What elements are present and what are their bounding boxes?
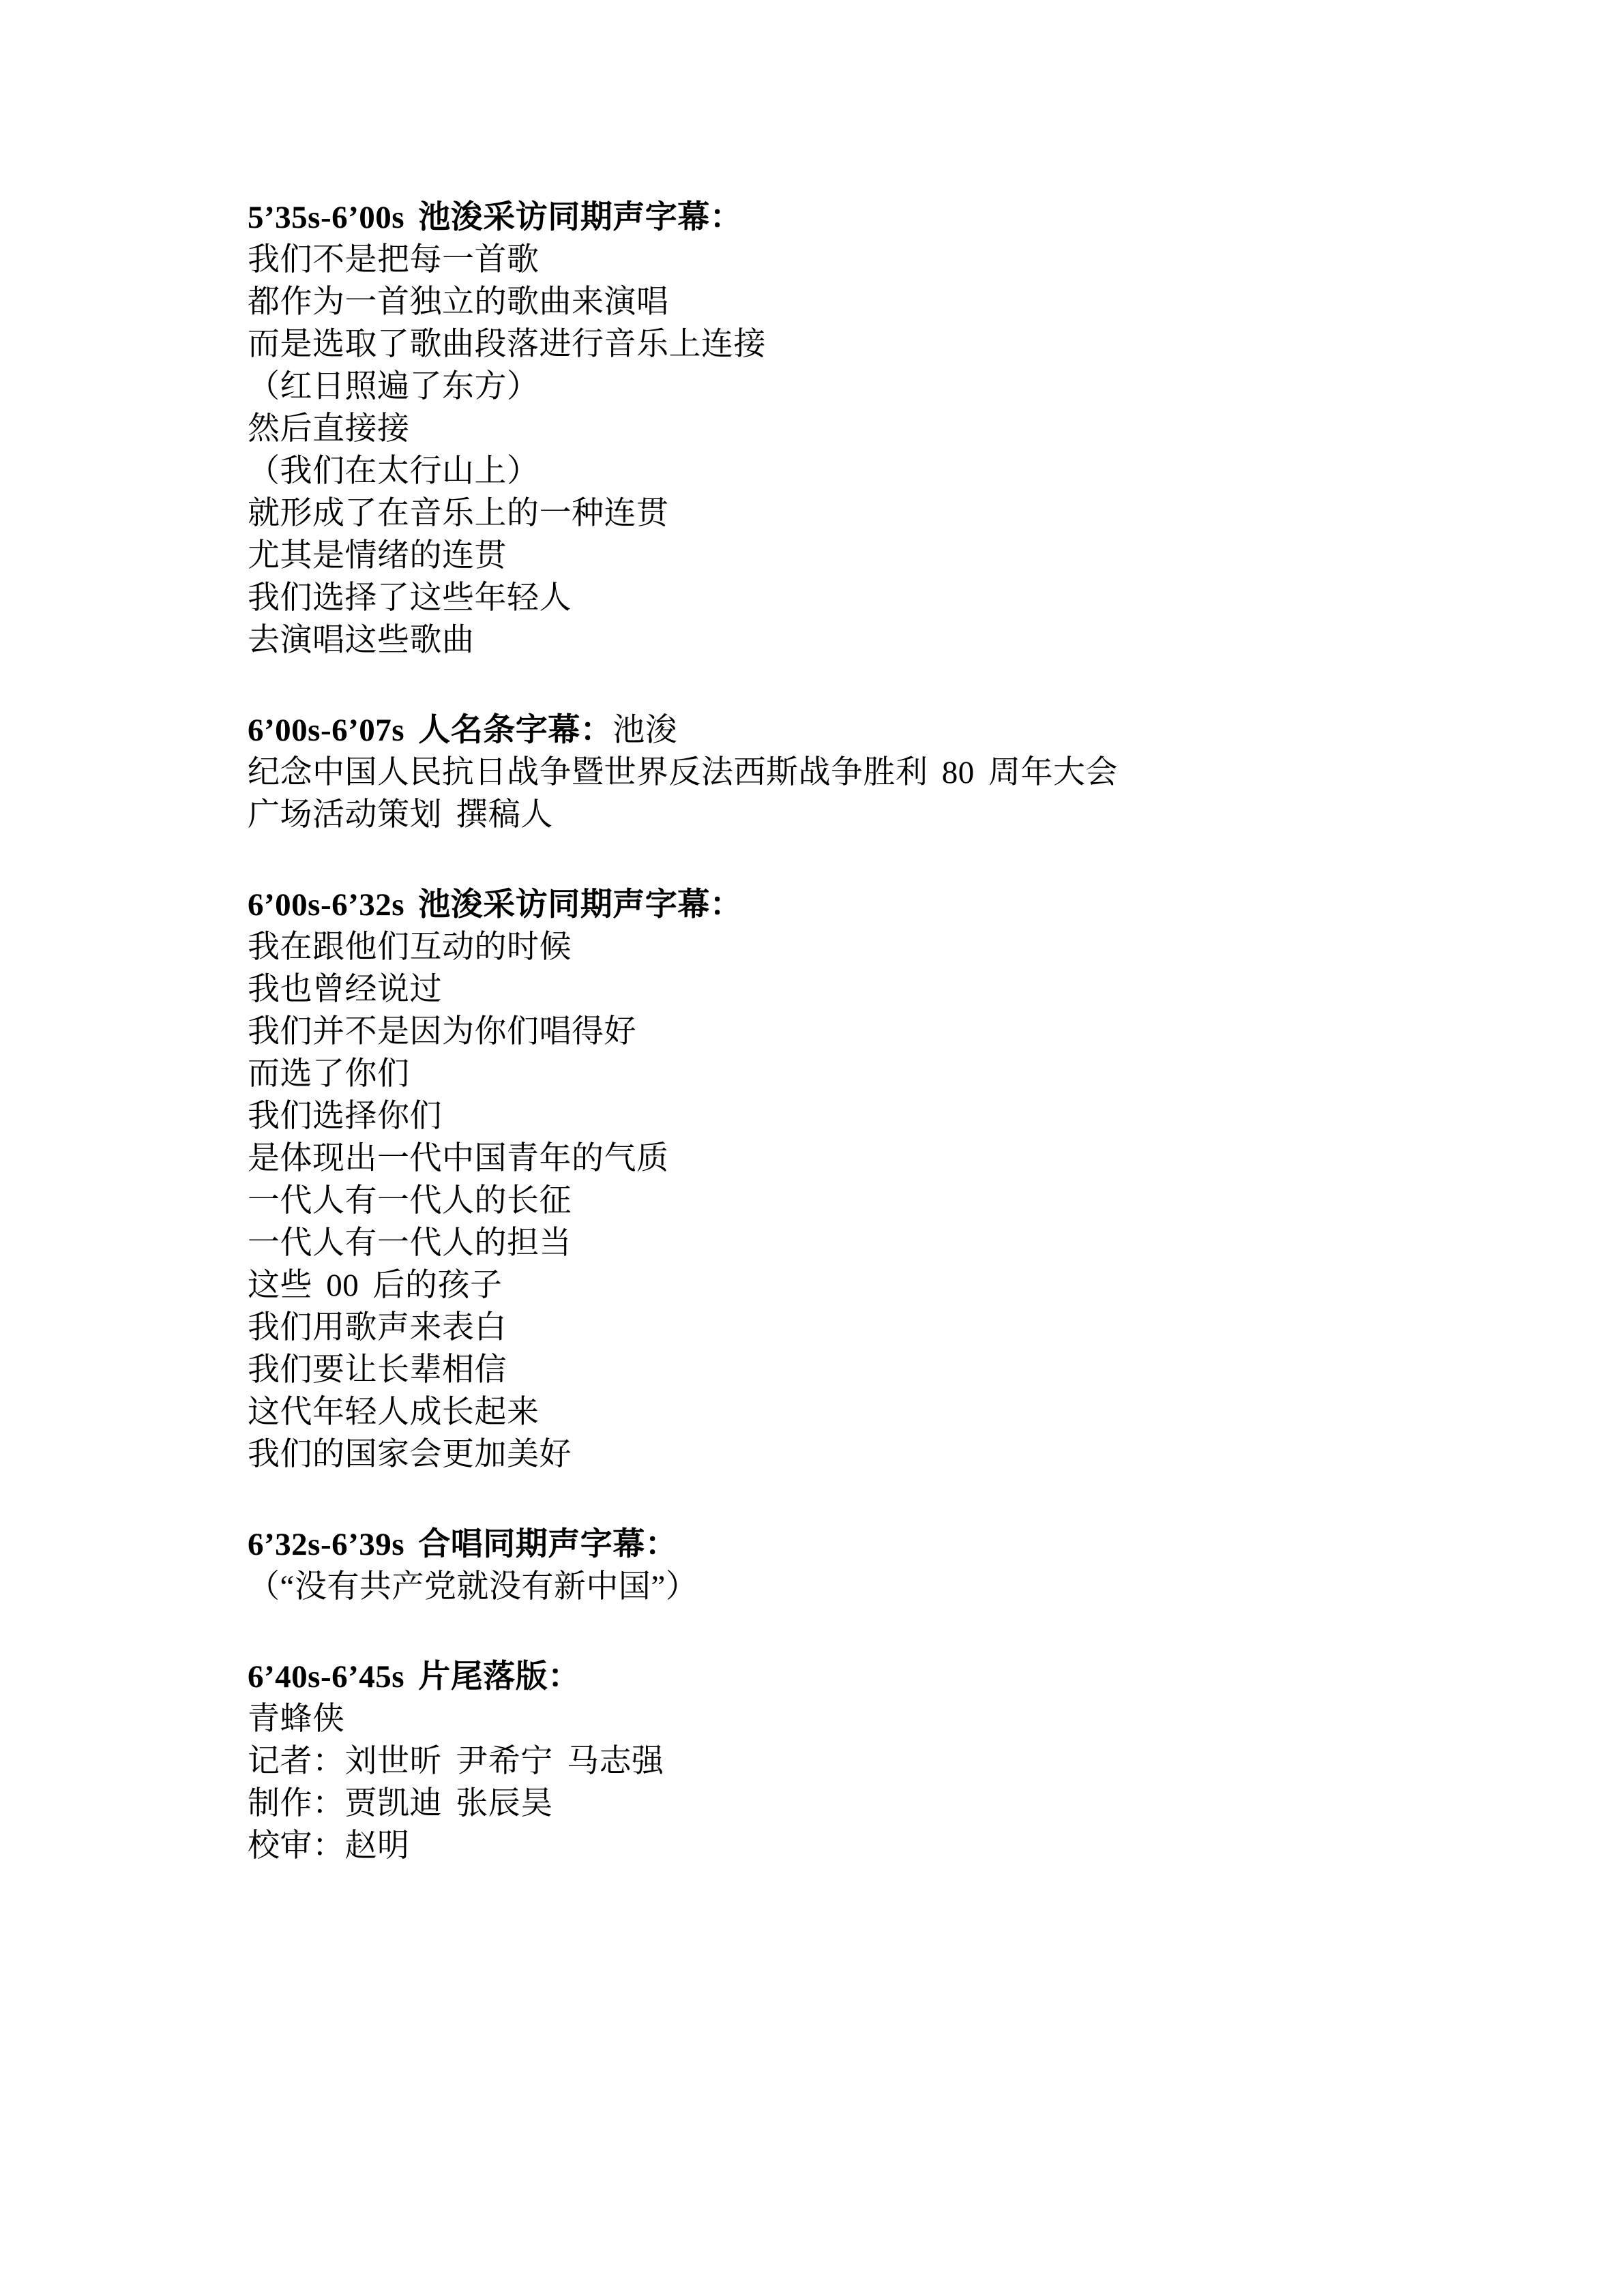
subtitle-line: 我们选择你们 (248, 1095, 1433, 1137)
section-heading: 6’00s-6’32s 池浚采访同期声字幕： (248, 884, 1433, 926)
subtitle-line: 记者：刘世昕 尹希宁 马志强 (248, 1740, 1433, 1783)
subtitle-script: 5’35s-6’00s 池浚采访同期声字幕： 我们不是把每一首歌都作为一首独立的… (248, 196, 1433, 1867)
subtitle-line: 去演唱这些歌曲 (248, 619, 1433, 661)
subtitle-line: 而选了你们 (248, 1053, 1433, 1095)
section-heading-person: 池浚 (612, 713, 677, 748)
subtitle-line: 而是选取了歌曲段落进行音乐上连接 (248, 323, 1433, 366)
subtitle-line: 制作：贾凯迪 张辰昊 (248, 1783, 1433, 1825)
subtitle-section: 6’00s-6’07s 人名条字幕：池浚 纪念中国人民抗日战争暨世界反法西斯战争… (248, 709, 1433, 836)
subtitle-section: 6’00s-6’32s 池浚采访同期声字幕： 我在跟他们互动的时候我也曾经说过我… (248, 884, 1433, 1476)
subtitle-line: 我也曾经说过 (248, 968, 1433, 1011)
subtitle-line: 我们并不是因为你们唱得好 (248, 1011, 1433, 1053)
subtitle-line: 一代人有一代人的担当 (248, 1222, 1433, 1264)
subtitle-line: 我在跟他们互动的时候 (248, 926, 1433, 968)
section-heading-text: 6’40s-6’45s 片尾落版： (248, 1659, 580, 1695)
subtitle-line: 我们要让长辈相信 (248, 1349, 1433, 1391)
subtitle-line: 我们不是把每一首歌 (248, 239, 1433, 281)
subtitle-line: 是体现出一代中国青年的气质 (248, 1137, 1433, 1180)
document-page: 5’35s-6’00s 池浚采访同期声字幕： 我们不是把每一首歌都作为一首独立的… (0, 0, 1624, 2296)
subtitle-line: 都作为一首独立的歌曲来演唱 (248, 281, 1433, 323)
subtitle-section: 6’40s-6’45s 片尾落版： 青蜂侠记者：刘世昕 尹希宁 马志强制作：贾凯… (248, 1656, 1433, 1867)
subtitle-line: 尤其是情绪的连贯 (248, 535, 1433, 577)
section-heading: 5’35s-6’00s 池浚采访同期声字幕： (248, 196, 1433, 239)
section-heading: 6’00s-6’07s 人名条字幕：池浚 (248, 709, 1433, 751)
subtitle-line: （我们在太行山上） (248, 450, 1433, 492)
section-heading: 6’40s-6’45s 片尾落版： (248, 1656, 1433, 1698)
subtitle-line: 这些 00 后的孩子 (248, 1264, 1433, 1307)
subtitle-line: 广场活动策划 撰稿人 (248, 794, 1433, 836)
subtitle-section: 6’32s-6’39s 合唱同期声字幕： （“没有共产党就没有新中国”） (248, 1523, 1433, 1608)
subtitle-line: 一代人有一代人的长征 (248, 1180, 1433, 1222)
subtitle-line: 这代年轻人成长起来 (248, 1391, 1433, 1433)
section-heading-text: 6’00s-6’07s 人名条字幕： (248, 713, 612, 748)
section-heading-text: 6’32s-6’39s 合唱同期声字幕： (248, 1527, 677, 1562)
section-heading-text: 5’35s-6’00s 池浚采访同期声字幕： (248, 200, 742, 235)
section-heading-text: 6’00s-6’32s 池浚采访同期声字幕： (248, 887, 742, 923)
subtitle-section: 5’35s-6’00s 池浚采访同期声字幕： 我们不是把每一首歌都作为一首独立的… (248, 196, 1433, 661)
subtitle-line: 然后直接接 (248, 408, 1433, 450)
subtitle-line: 青蜂侠 (248, 1698, 1433, 1740)
subtitle-line: （“没有共产党就没有新中国”） (248, 1566, 1433, 1608)
subtitle-line: 我们用歌声来表白 (248, 1307, 1433, 1349)
subtitle-line: 校审：赵明 (248, 1825, 1433, 1867)
subtitle-line: 纪念中国人民抗日战争暨世界反法西斯战争胜利 80 周年大会 (248, 751, 1433, 794)
section-heading: 6’32s-6’39s 合唱同期声字幕： (248, 1523, 1433, 1566)
subtitle-line: 我们的国家会更加美好 (248, 1433, 1433, 1476)
subtitle-line: （红日照遍了东方） (248, 366, 1433, 408)
subtitle-line: 就形成了在音乐上的一种连贯 (248, 492, 1433, 535)
subtitle-line: 我们选择了这些年轻人 (248, 577, 1433, 619)
